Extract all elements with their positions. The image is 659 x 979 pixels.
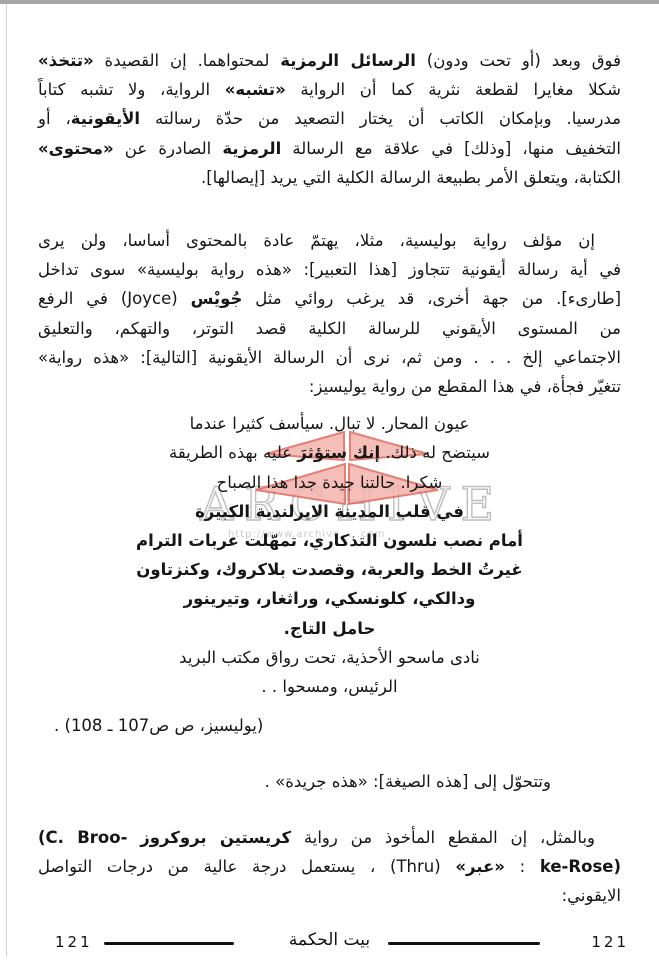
text-line: شكرا. حالتنا جيدة جدا هذا الصباح [38, 468, 621, 497]
text-segment: «عبر» [455, 857, 505, 876]
text-line: شكلا مغايرا لقطعة نثرية كما أن الرواية «… [38, 75, 621, 104]
text-segment: في أية رسالة أيقونية تتجاوز [هذا التعبير… [38, 260, 621, 279]
text-segment: شكلا مغايرا لقطعة نثرية كما أن الرواية [286, 80, 621, 99]
text-line: الايقوني: [38, 881, 621, 910]
text-line: [طارىء]. من جهة أخرى، قد يرغب روائي مثل … [38, 284, 621, 313]
text-segment: شكرا. حالتنا جيدة جدا هذا الصباح [217, 473, 443, 492]
text-segment: ، يستعمل درجة عالية من درجات التواصل [38, 857, 390, 876]
text-segment: «تتخذ» [38, 51, 94, 70]
text-line: ke-Rose) : «عبر» (Thru) ، يستعمل درجة عا… [38, 852, 621, 881]
text-line: عيون المحار. لا تبال. سيأسف كثيرا عندما [38, 409, 621, 438]
text-segment: الرواية، ولا تشبه كتاباً [38, 80, 225, 99]
ulysses-quote-block: عيون المحار. لا تبال. سيأسف كثيرا عندماس… [38, 409, 621, 701]
text-segment: مدرسيا. وبإمكان الكاتب أن يختار التصعيد … [140, 109, 621, 128]
text-segment: الاجتماعي إلخ . . . ومن ثم، نرى أن الرسا… [38, 348, 621, 367]
text-segment: الايقوني: [562, 886, 621, 905]
text-segment: : [505, 857, 540, 876]
text-segment: كريستين بروكروز [140, 828, 291, 847]
paragraph-5: وبالمثل، إن المقطع المأخوذ من رواية كريس… [38, 823, 621, 911]
page-number-right: 121 [591, 933, 629, 951]
text-line: فوق وبعد (أو تحت ودون) الرسائل الرمزية ل… [38, 46, 621, 75]
text-line: نادى ماسحو الأحذية، تحت رواق مكتب البريد [38, 643, 621, 672]
text-line: إن مؤلف رواية بوليسية، مثلا، يهتمّ عادة … [38, 226, 621, 255]
text-segment: ودالكي، كلونسكي، وراثغار، وتيرينور [184, 589, 476, 608]
text-segment: التخفيف منها، [وذلك] في علاقة مع الرسالة [281, 139, 621, 158]
source-citation: (يوليسيز، ص ص107 ـ 108) . [38, 711, 621, 740]
text-segment: الرئيس، ومسحوا . . [261, 677, 397, 696]
text-segment: وبالمثل، إن المقطع المأخوذ من رواية [291, 828, 595, 847]
scanned-page: ARCHIVE http://www.archive.....com فوق و… [0, 0, 659, 979]
text-segment: ، أو [38, 109, 71, 128]
text-line: وبالمثل، إن المقطع المأخوذ من رواية كريس… [38, 823, 621, 852]
paragraph-2: إن مؤلف رواية بوليسية، مثلا، يهتمّ عادة … [38, 226, 621, 401]
text-line: حامل التاج. [38, 614, 621, 643]
text-segment: عليه بهذه الطريقة [169, 443, 297, 462]
text-line: الكتابة، ويتعلق الأمر بطبيعة الرسالة الك… [38, 163, 621, 192]
footer-rule-right [388, 942, 540, 945]
text-line: تتغيّر فجأة، في هذا المقطع من رواية يولي… [38, 372, 621, 401]
text-segment: غيرتُ الخط والعربة، وقصدت بلاكروك، وكنزت… [136, 560, 522, 579]
text-segment: في الرفع [38, 289, 121, 308]
text-line: في أية رسالة أيقونية تتجاوز [هذا التعبير… [38, 255, 621, 284]
paragraph-4: وتتحوّل إلى [هذه الصيغة]: «هذه جريدة» . [38, 767, 621, 796]
text-segment: نادى ماسحو الأحذية، تحت رواق مكتب البريد [179, 648, 480, 667]
text-segment: تتغيّر فجأة، في هذا المقطع من رواية يولي… [309, 377, 621, 396]
text-segment: لمحتواهما. إن القصيدة [94, 51, 281, 70]
text-segment [127, 828, 140, 847]
paragraph-1: فوق وبعد (أو تحت ودون) الرسائل الرمزية ل… [38, 46, 621, 192]
text-segment: الصادرة عن [114, 139, 223, 158]
text-line: غيرتُ الخط والعربة، وقصدت بلاكروك، وكنزت… [38, 555, 621, 584]
text-line: التخفيف منها، [وذلك] في علاقة مع الرسالة… [38, 134, 621, 163]
text-segment: (C. Broo- [38, 828, 127, 847]
text-line: سيتضح له ذلك. إنك ستؤثرَ عليه بهذه الطري… [38, 438, 621, 467]
page-footer: 121 بيت الحكمة 121 [0, 930, 659, 958]
text-segment: الأيقونية [71, 109, 140, 128]
text-segment: فوق وبعد (أو تحت ودون) [416, 51, 621, 70]
text-segment: سيتضح له ذلك. [380, 443, 490, 462]
text-line: مدرسيا. وبإمكان الكاتب أن يختار التصعيد … [38, 104, 621, 133]
text-segment: من المستوى الأيقوني للرسالة الكلية قصد ا… [38, 319, 621, 338]
text-segment: الرمزية [222, 139, 281, 158]
text-segment: (Thru) [390, 857, 441, 876]
scan-top-edge [0, 0, 659, 4]
text-segment [441, 857, 456, 876]
text-segment: ke-Rose) [540, 857, 621, 876]
text-segment: (Joyce) [121, 289, 178, 308]
text-line: من المستوى الأيقوني للرسالة الكلية قصد ا… [38, 314, 621, 343]
text-segment: إنك ستؤثرَ [297, 443, 380, 462]
text-segment: جُويْس [191, 289, 243, 308]
text-line: أمام نصب نلسون التذكاري، تمهّلت عربات ال… [38, 526, 621, 555]
text-segment: حامل التاج. [284, 619, 376, 638]
publisher-title: بيت الحكمة [0, 930, 659, 950]
text-segment: الكتابة، ويتعلق الأمر بطبيعة الرسالة الك… [201, 168, 621, 187]
page-text-block: فوق وبعد (أو تحت ودون) الرسائل الرمزية ل… [38, 46, 621, 910]
text-segment: [طارىء]. من جهة أخرى، قد يرغب روائي مثل [242, 289, 621, 308]
scan-left-edge [6, 4, 7, 957]
text-segment: «محتوى» [38, 139, 114, 158]
text-segment [178, 289, 191, 308]
text-line: ودالكي، كلونسكي، وراثغار، وتيرينور [38, 584, 621, 613]
text-line: في قلب المدينة الايرلندية الكبيرة [38, 497, 621, 526]
text-segment: إن مؤلف رواية بوليسية، مثلا، يهتمّ عادة … [38, 231, 595, 250]
text-segment: «تشبه» [225, 80, 286, 99]
text-segment: في قلب المدينة الايرلندية الكبيرة [195, 502, 464, 521]
text-segment: أمام نصب نلسون التذكاري، تمهّلت عربات ال… [136, 531, 523, 550]
text-line: الرئيس، ومسحوا . . [38, 672, 621, 701]
text-segment: الرسائل الرمزية [280, 51, 416, 70]
text-segment: عيون المحار. لا تبال. سيأسف كثيرا عندما [190, 414, 470, 433]
text-line: الاجتماعي إلخ . . . ومن ثم، نرى أن الرسا… [38, 343, 621, 372]
